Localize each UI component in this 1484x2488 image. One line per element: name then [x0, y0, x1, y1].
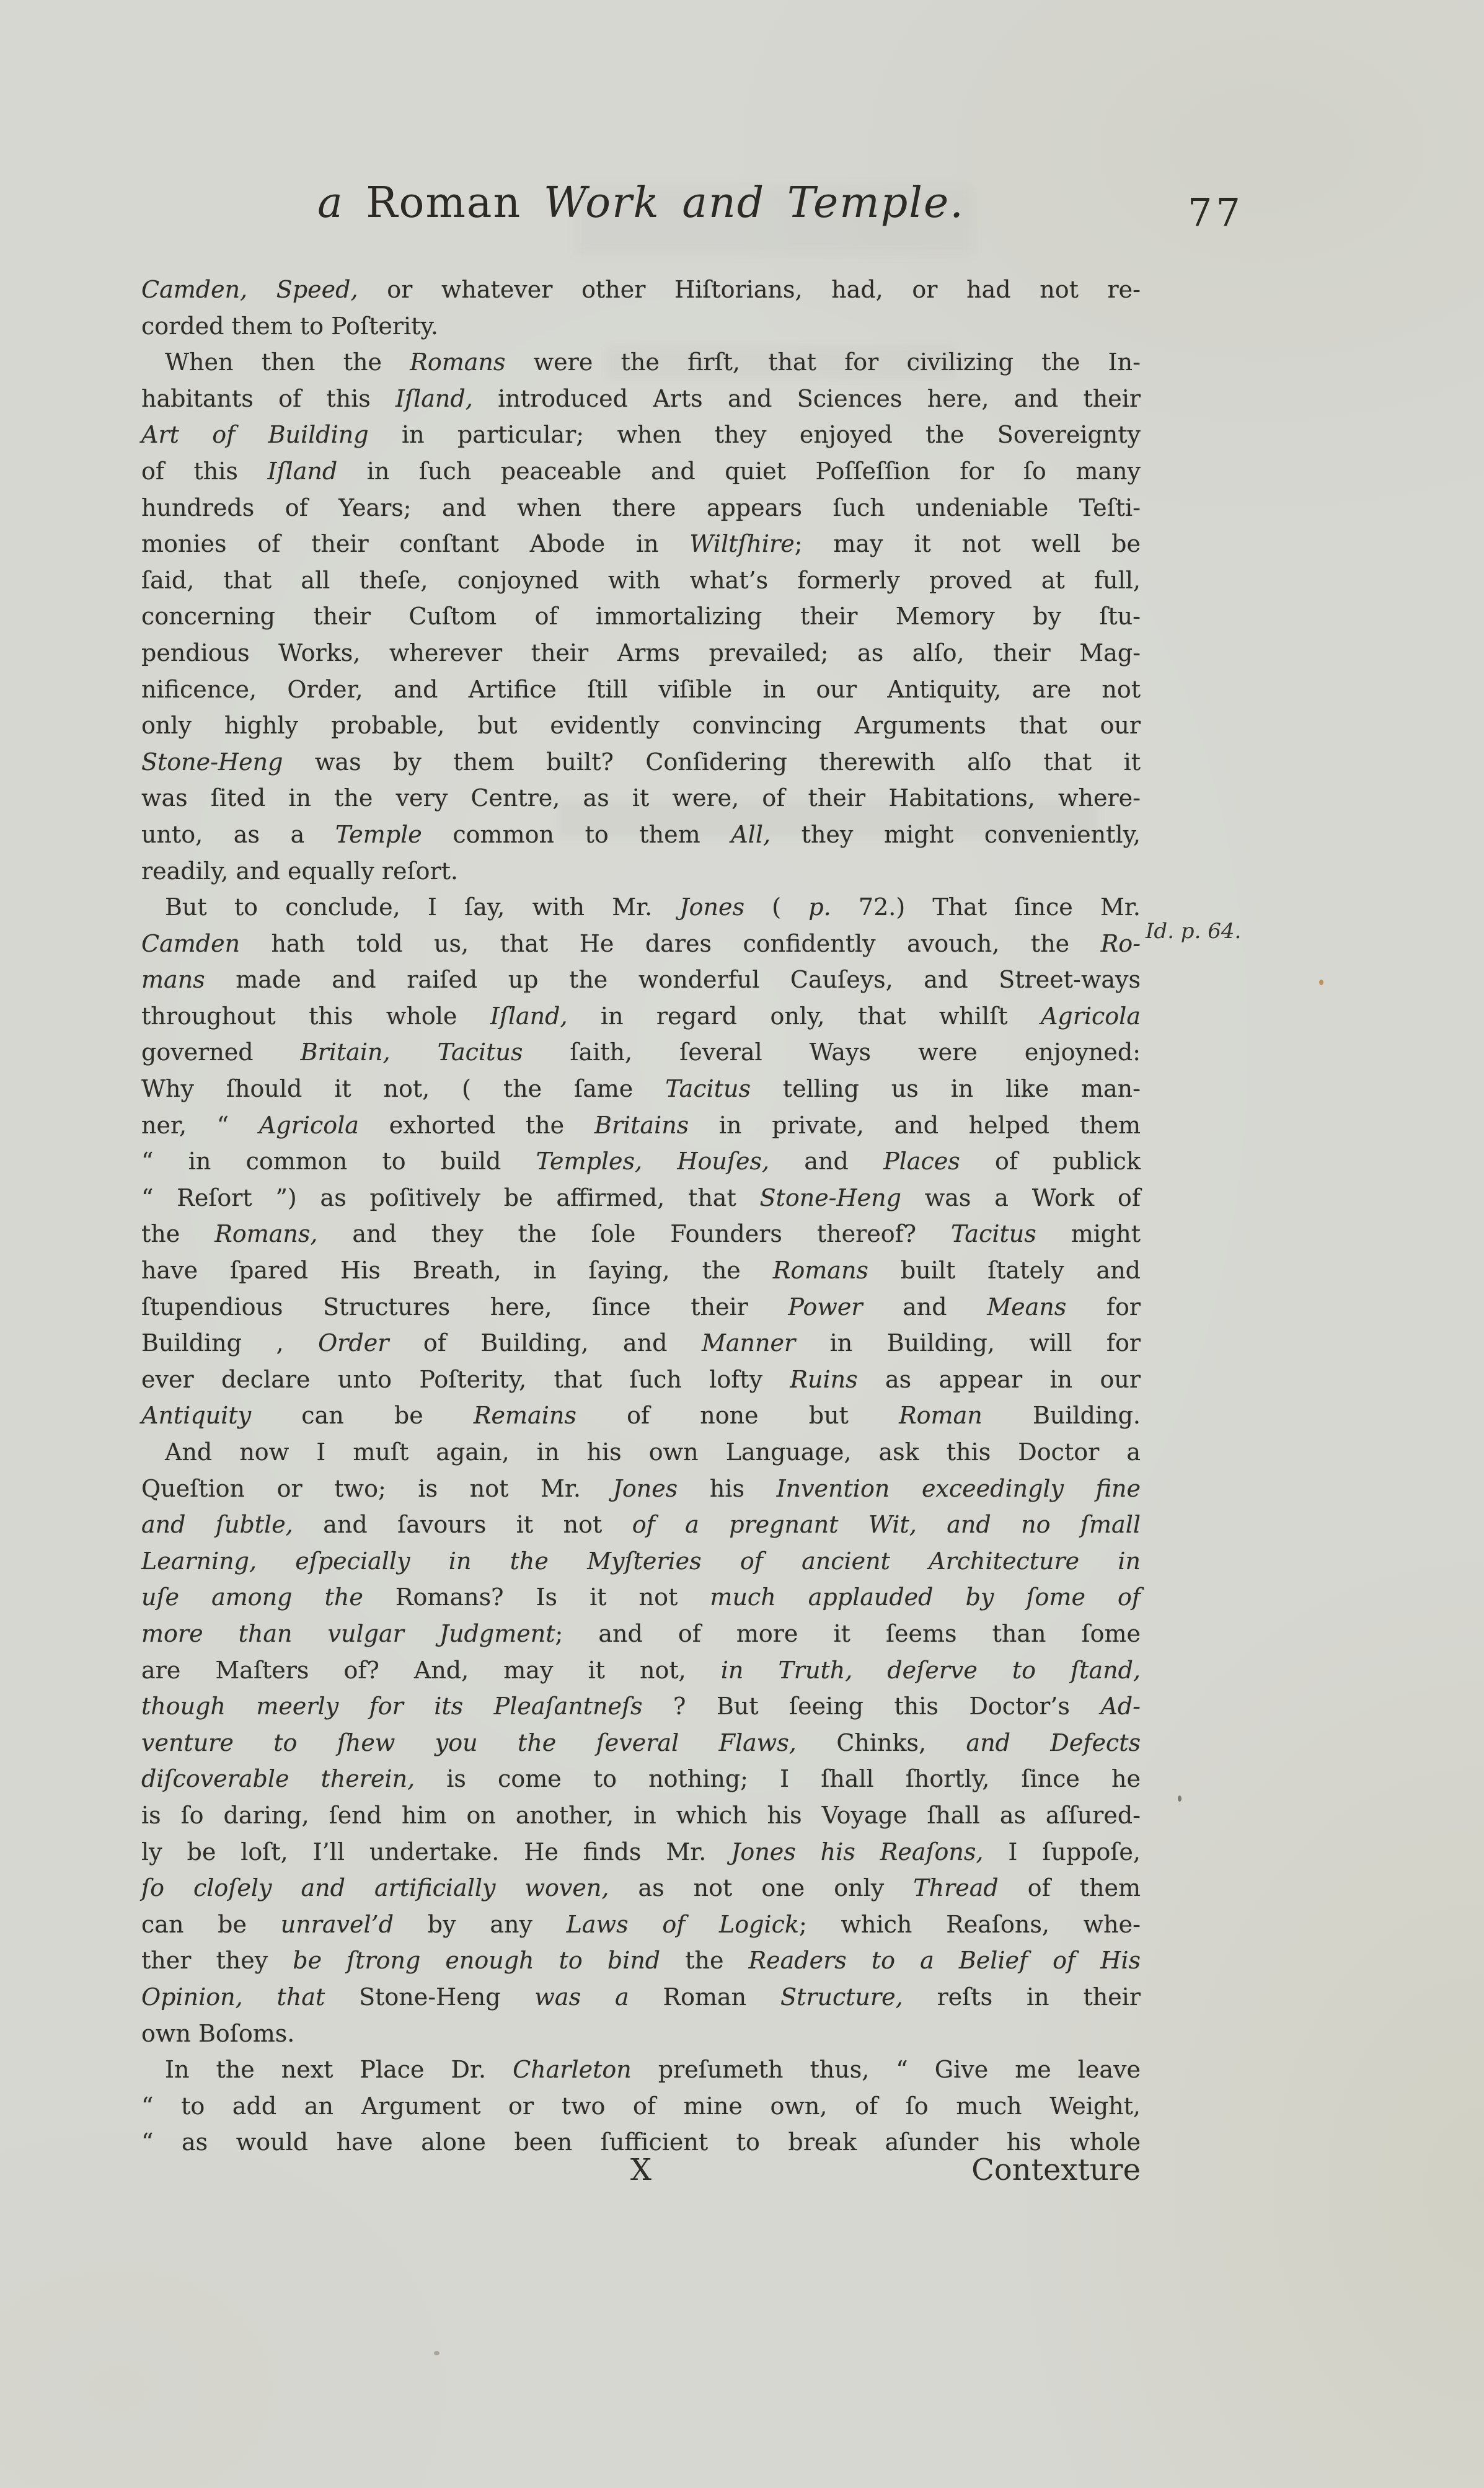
text-line: Camden hath told us, that He dares confi…: [141, 926, 1141, 962]
text-line: readily, and equally reſort.: [141, 853, 1141, 890]
text-column: Camden, Speed, or whatever other Hiſtori…: [141, 272, 1141, 2161]
text-line: concerning their Cuſtom of immortalizing…: [141, 598, 1141, 635]
text-line: ſaid, that all theſe, conjoyned with wha…: [141, 562, 1141, 599]
catchword: Contexture: [971, 2153, 1141, 2187]
text-line: ly be loſt, I’ll undertake. He finds Mr.…: [141, 1834, 1141, 1870]
text-line: “ Reſort ”) as poſitively be affirmed, t…: [141, 1180, 1141, 1216]
text-line: throughout this whole Iſland, in regard …: [141, 998, 1141, 1035]
text-line: habitants of this Iſland, introduced Art…: [141, 381, 1141, 417]
running-header: a Roman Work and Temple.: [141, 179, 1141, 228]
text-line: mans made and raiſed up the wonderful Ca…: [141, 962, 1141, 998]
paragraph: Camden, Speed, or whatever other Hiſtori…: [141, 272, 1141, 344]
ink-speck: [1178, 1795, 1181, 1802]
text-line: more than vulgar Judgment; and of more i…: [141, 1616, 1141, 1652]
text-line: Queſtion or two; is not Mr. Jones his In…: [141, 1471, 1141, 1507]
text-line: nificence, Order, and Artifice ſtill viſ…: [141, 671, 1141, 708]
text-line: But to conclude, I ſay, with Mr. Jones (…: [141, 889, 1141, 926]
text-line: pendious Works, wherever their Arms prev…: [141, 635, 1141, 671]
margin-note: Id. p. 64.: [1146, 919, 1288, 944]
text-line: of this Iſland in ſuch peaceable and qui…: [141, 453, 1141, 490]
page-title: a Roman Work and Temple.: [317, 179, 965, 228]
text-line: corded them to Poſterity.: [141, 308, 1141, 345]
text-line: is ſo daring, ſend him on another, in wh…: [141, 1797, 1141, 1834]
text-line: ſo cloſely and artificially woven, as no…: [141, 1870, 1141, 1906]
text-line: was ſited in the very Centre, as it were…: [141, 780, 1141, 817]
text-line: ner, “ Agricola exhorted the Britains in…: [141, 1107, 1141, 1144]
text-line: “ to add an Argument or two of mine own,…: [141, 2088, 1141, 2125]
text-line: hundreds of Years; and when there appear…: [141, 490, 1141, 526]
text-line: are Maſters of? And, may it not, in Trut…: [141, 1652, 1141, 1689]
text-line: the Romans, and they the ſole Founders t…: [141, 1216, 1141, 1252]
page-number: 77: [1188, 190, 1244, 235]
text-line: Art of Building in particular; when they…: [141, 417, 1141, 453]
paragraph: But to conclude, I ſay, with Mr. Jones (…: [141, 889, 1141, 1434]
text-line: though meerly for its Pleaſantneſs ? But…: [141, 1688, 1141, 1725]
text-line: and ſubtle, and ſavours it not of a preg…: [141, 1507, 1141, 1543]
text-line: unto, as a Temple common to them All, th…: [141, 817, 1141, 853]
text-line: governed Britain, Tacitus ſaith, ſeveral…: [141, 1034, 1141, 1071]
paragraph: And now I muſt again, in his own Languag…: [141, 1434, 1141, 2052]
ink-speck: [434, 2351, 439, 2355]
text-line: Learning, eſpecially in the Myſteries of…: [141, 1543, 1141, 1580]
text-line: And now I muſt again, in his own Languag…: [141, 1434, 1141, 1471]
text-line: Why ſhould it not, ( the ſame Tacitus te…: [141, 1071, 1141, 1107]
text-line: Antiquity can be Remains of none but Rom…: [141, 1397, 1141, 1434]
paragraph: In the next Place Dr. Charleton preſumet…: [141, 2052, 1141, 2161]
text-line: diſcoverable therein, is come to nothing…: [141, 1761, 1141, 1797]
text-line: monies of their conſtant Abode in Wiltſh…: [141, 526, 1141, 562]
ink-speck: [1319, 980, 1323, 985]
text-line: “ in common to build Temples, Houſes, an…: [141, 1143, 1141, 1180]
text-line: When then the Romans were the firſt, tha…: [141, 344, 1141, 381]
text-line: In the next Place Dr. Charleton preſumet…: [141, 2052, 1141, 2088]
text-line: Opinion, that Stone-Heng was a Roman Str…: [141, 1979, 1141, 2016]
text-line: uſe among the Romans? Is it not much app…: [141, 1579, 1141, 1616]
text-line: can be unravel’d by any Laws of Logick; …: [141, 1906, 1141, 1943]
footer-line: X Contexture: [141, 2153, 1141, 2196]
text-line: own Boſoms.: [141, 2016, 1141, 2052]
text-line: ther they be ſtrong enough to bind the R…: [141, 1942, 1141, 1979]
text-line: Stone-Heng was by them built? Conſiderin…: [141, 744, 1141, 781]
text-line: have ſpared His Breath, in ſaying, the R…: [141, 1252, 1141, 1289]
page-scan: a Roman Work and Temple. 77 Camden, Spee…: [0, 0, 1484, 2488]
text-line: ſtupendious Structures here, ſince their…: [141, 1289, 1141, 1326]
signature-mark: X: [630, 2153, 651, 2187]
text-line: venture to ſhew you the ſeveral Flaws, C…: [141, 1725, 1141, 1761]
text-line: ever declare unto Poſterity, that ſuch l…: [141, 1361, 1141, 1398]
paragraph: When then the Romans were the firſt, tha…: [141, 344, 1141, 889]
text-line: Building , Order of Building, and Manner…: [141, 1325, 1141, 1361]
text-line: only highly probable, but evidently conv…: [141, 707, 1141, 744]
text-line: Camden, Speed, or whatever other Hiſtori…: [141, 272, 1141, 308]
